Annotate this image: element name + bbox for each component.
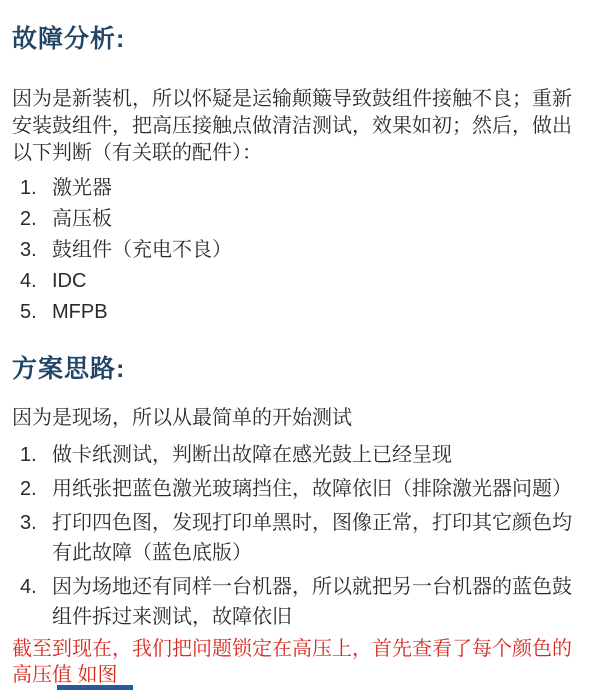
item-text: 鼓组件（充电不良） [52,235,586,266]
list-item: 3. 鼓组件（充电不良） [12,235,586,266]
item-number: 1. [12,173,52,204]
item-number: 3. [12,235,52,266]
document-page: 故障分析: 因为是新装机，所以怀疑是运输颠簸导致鼓组件接触不良；重新 安装鼓组件… [0,0,600,690]
item-text: 打印四色图，发现打印单黑时，图像正常，打印其它颜色均 有此故障（蓝色底版） [52,508,586,568]
list-item: 4. 因为场地还有同样一台机器，所以就把另一台机器的蓝色鼓 组件拆过来测试，故障… [12,572,586,632]
item-text: 激光器 [52,173,586,204]
fault-analysis-heading: 故障分析: [12,24,586,54]
list-item: 3. 打印四色图，发现打印单黑时，图像正常，打印其它颜色均 有此故障（蓝色底版） [12,508,586,568]
item-text: 高压板 [52,204,586,235]
list-item: 4. IDC [12,266,586,297]
item-number: 5. [12,297,52,328]
conclusion-alert: 截至到现在，我们把问题锁定在高压上，首先查看了每个颜色的 高压值 如图 [12,636,586,688]
solution-approach-heading: 方案思路: [12,354,586,384]
paragraph-line: 安装鼓组件，把高压接触点做清洁测试，效果如初；然后，做出 [12,113,586,140]
suspect-parts-list: 1. 激光器 2. 高压板 3. 鼓组件（充电不良） 4. IDC 5. MFP… [12,173,586,328]
item-line: 做卡纸测试，判断出故障在感光鼓上已经呈现 [52,440,586,470]
item-line: 因为场地还有同样一台机器，所以就把另一台机器的蓝色鼓 [52,572,586,602]
alert-text-line: 截至到现在，我们把问题锁定在高压上，首先查看了每个颜色的 [12,636,586,662]
list-item: 2. 用纸张把蓝色激光玻璃挡住，故障依旧（排除激光器问题） [12,474,586,504]
fault-analysis-paragraph: 因为是新装机，所以怀疑是运输颠簸导致鼓组件接触不良；重新 安装鼓组件，把高压接触… [12,86,586,167]
list-item: 2. 高压板 [12,204,586,235]
item-line: 用纸张把蓝色激光玻璃挡住，故障依旧（排除激光器问题） [52,474,586,504]
item-text: 因为场地还有同样一台机器，所以就把另一台机器的蓝色鼓 组件拆过来测试，故障依旧 [52,572,586,632]
item-text: MFPB [52,297,586,328]
paragraph-line: 因为是新装机，所以怀疑是运输颠簸导致鼓组件接触不良；重新 [12,86,586,113]
list-item: 1. 激光器 [12,173,586,204]
figure-top-edge-fragment [57,685,133,690]
item-line: 有此故障（蓝色底版） [52,538,586,568]
paragraph-line: 以下判断（有关联的配件）： [12,140,586,167]
item-line: 组件拆过来测试，故障依旧 [52,602,586,632]
item-text: 做卡纸测试，判断出故障在感光鼓上已经呈现 [52,440,586,470]
item-number: 4. [12,572,52,632]
item-number: 2. [12,474,52,504]
item-number: 4. [12,266,52,297]
solution-intro: 因为是现场，所以从最简单的开始测试 [12,406,586,430]
item-line: 打印四色图，发现打印单黑时，图像正常，打印其它颜色均 [52,508,586,538]
list-item: 5. MFPB [12,297,586,328]
list-item: 1. 做卡纸测试，判断出故障在感光鼓上已经呈现 [12,440,586,470]
item-text: 用纸张把蓝色激光玻璃挡住，故障依旧（排除激光器问题） [52,474,586,504]
item-text: IDC [52,266,586,297]
item-number: 3. [12,508,52,568]
item-number: 1. [12,440,52,470]
test-steps-list: 1. 做卡纸测试，判断出故障在感光鼓上已经呈现 2. 用纸张把蓝色激光玻璃挡住，… [12,440,586,632]
item-number: 2. [12,204,52,235]
